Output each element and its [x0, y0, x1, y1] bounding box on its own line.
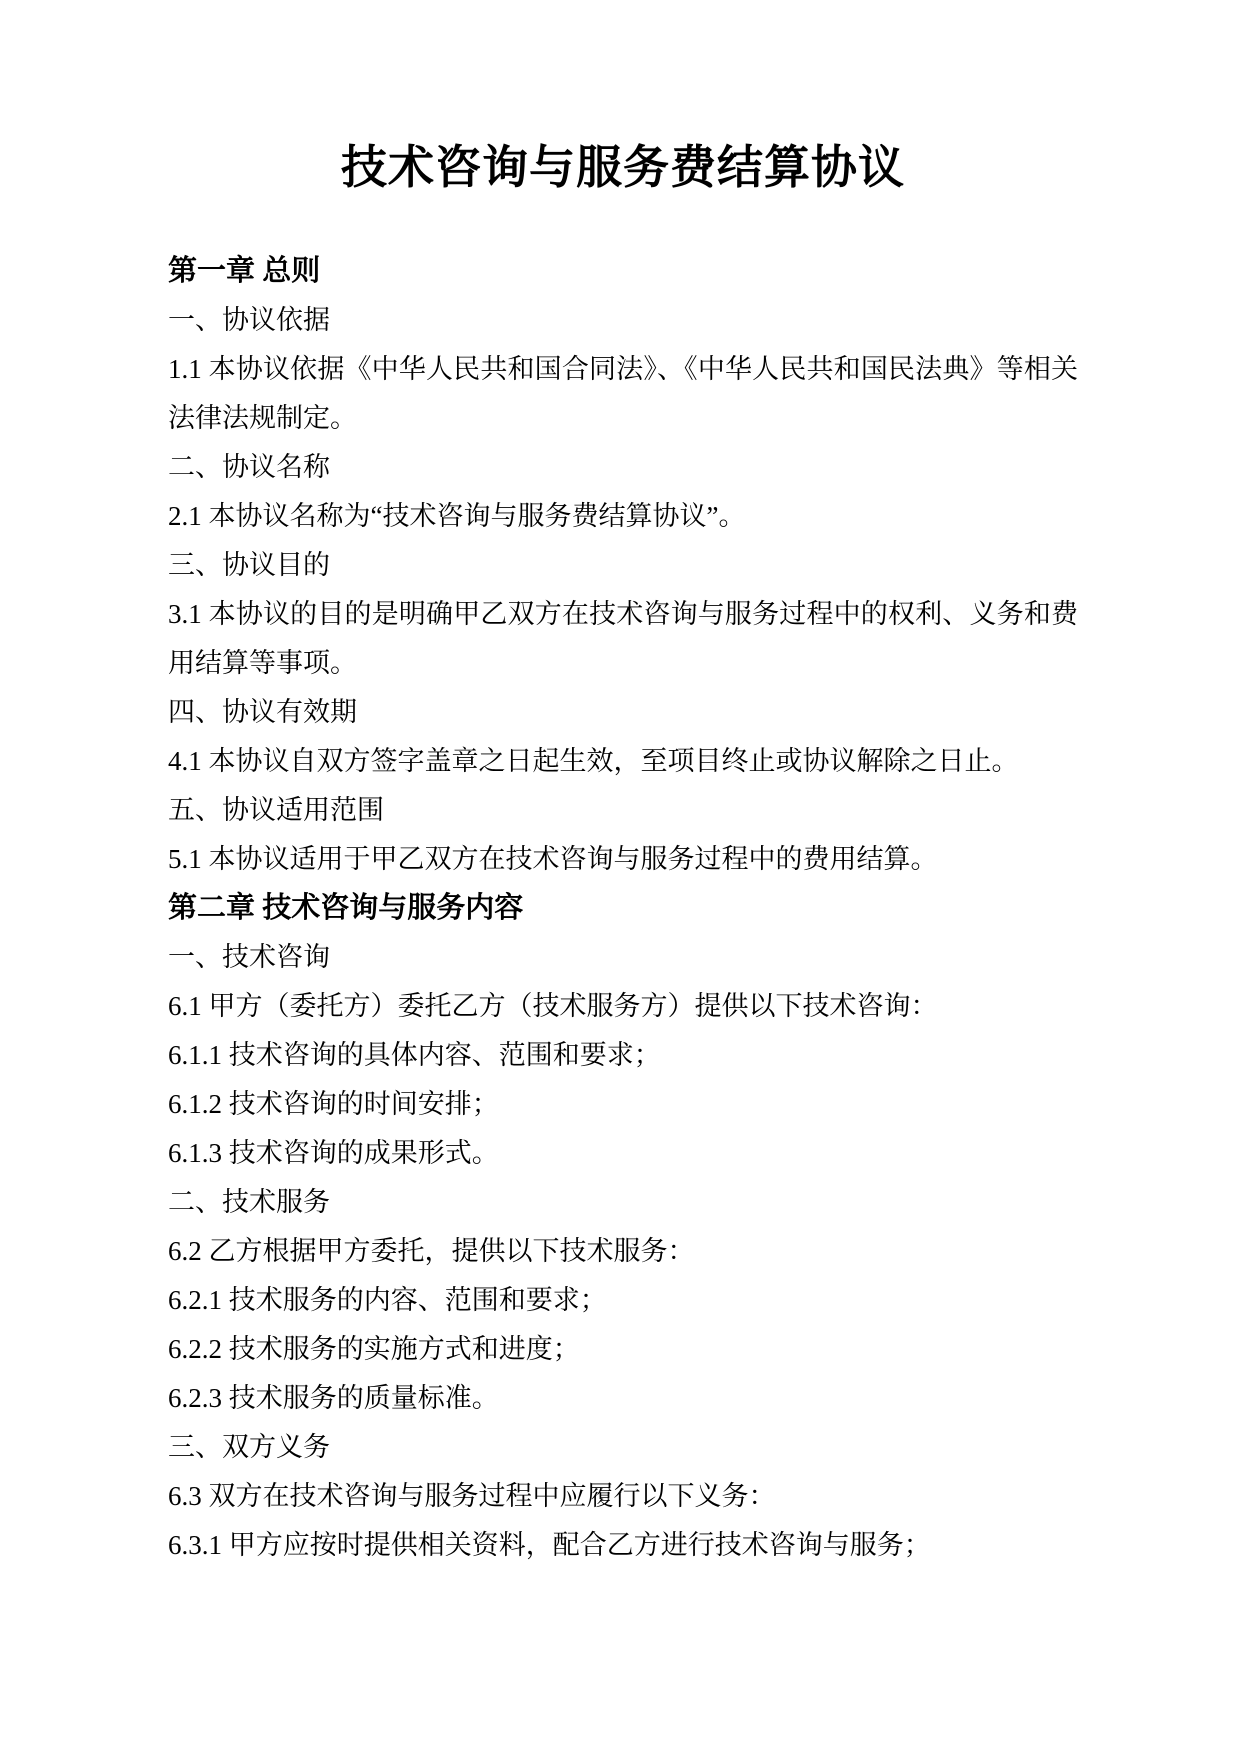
item-heading-agreement-name: 二、协议名称 [168, 443, 1078, 492]
item-heading-agreement-purpose: 三、协议目的 [168, 541, 1078, 590]
chapter-1-heading: 第一章 总则 [168, 247, 1078, 296]
item-heading-agreement-validity: 四、协议有效期 [168, 688, 1078, 737]
item-heading-tech-consulting: 一、技术咨询 [168, 933, 1078, 982]
clause-4-1: 4.1 本协议自双方签字盖章之日起生效，至项目终止或协议解除之日止。 [168, 737, 1078, 786]
clause-6-1-1: 6.1.1 技术咨询的具体内容、范围和要求； [168, 1031, 1078, 1080]
clause-6-2-1: 6.2.1 技术服务的内容、范围和要求； [168, 1276, 1078, 1325]
clause-2-1: 2.1 本协议名称为“技术咨询与服务费结算协议”。 [168, 492, 1078, 541]
clause-5-1: 5.1 本协议适用于甲乙双方在技术咨询与服务过程中的费用结算。 [168, 835, 1078, 884]
clause-6-2-2: 6.2.2 技术服务的实施方式和进度； [168, 1325, 1078, 1374]
chapter-2-heading: 第二章 技术咨询与服务内容 [168, 884, 1078, 933]
clause-6-1-3: 6.1.3 技术咨询的成果形式。 [168, 1129, 1078, 1178]
document-page: 技术咨询与服务费结算协议 第一章 总则 一、协议依据 1.1 本协议依据《中华人… [0, 0, 1240, 1753]
clause-6-1-2: 6.1.2 技术咨询的时间安排； [168, 1080, 1078, 1129]
clause-3-1: 3.1 本协议的目的是明确甲乙双方在技术咨询与服务过程中的权利、义务和费用结算等… [168, 590, 1078, 688]
clause-1-1: 1.1 本协议依据《中华人民共和国合同法》、《中华人民共和国民法典》等相关法律法… [168, 345, 1078, 443]
clause-6-3: 6.3 双方在技术咨询与服务过程中应履行以下义务： [168, 1472, 1078, 1521]
clause-6-1: 6.1 甲方（委托方）委托乙方（技术服务方）提供以下技术咨询： [168, 982, 1078, 1031]
clause-6-3-1: 6.3.1 甲方应按时提供相关资料，配合乙方进行技术咨询与服务； [168, 1521, 1078, 1570]
clause-6-2-3: 6.2.3 技术服务的质量标准。 [168, 1374, 1078, 1423]
clause-6-2: 6.2 乙方根据甲方委托，提供以下技术服务： [168, 1227, 1078, 1276]
document-title: 技术咨询与服务费结算协议 [168, 134, 1078, 202]
document-content: 技术咨询与服务费结算协议 第一章 总则 一、协议依据 1.1 本协议依据《中华人… [0, 134, 1240, 1570]
item-heading-agreement-scope: 五、协议适用范围 [168, 786, 1078, 835]
item-heading-mutual-duties: 三、双方义务 [168, 1423, 1078, 1472]
item-heading-tech-service: 二、技术服务 [168, 1178, 1078, 1227]
item-heading-agreement-basis: 一、协议依据 [168, 296, 1078, 345]
